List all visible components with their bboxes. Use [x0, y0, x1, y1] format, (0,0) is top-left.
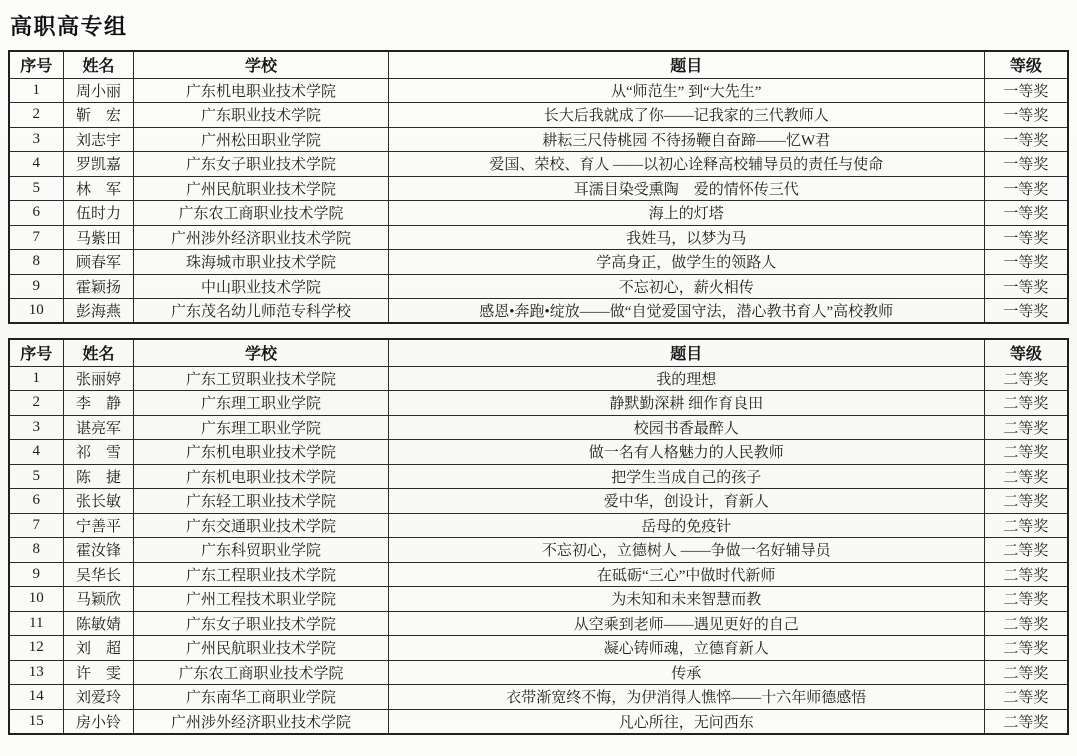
- cell-title: 长大后我就成了你——记我家的三代教师人: [388, 103, 984, 128]
- cell-school: 广州民航职业技术学院: [134, 636, 388, 661]
- cell-name: 靳 宏: [63, 103, 134, 128]
- cell-name: 罗凯嘉: [63, 152, 134, 177]
- table-row: 4祁 雪广东机电职业技术学院做一名有人格魅力的人民教师二等奖: [9, 440, 1068, 465]
- cell-school: 广东交通职业技术学院: [134, 513, 388, 538]
- cell-title: 爱中华，创设计，育新人: [388, 489, 984, 514]
- first-prize-table: 序号姓名学校题目等级 1周小丽广东机电职业技术学院从“师范生” 到“大先生”一等…: [8, 50, 1069, 324]
- cell-no: 13: [9, 660, 63, 685]
- cell-school: 广东职业技术学院: [134, 103, 388, 128]
- table-row: 1张丽婷广东工贸职业技术学院我的理想二等奖: [9, 366, 1068, 391]
- page-title: 高职高专组: [10, 10, 1077, 41]
- cell-award: 一等奖: [984, 274, 1068, 299]
- cell-title: 静默勤深耕 细作育良田: [388, 391, 984, 416]
- table-row: 5陈 捷广东机电职业技术学院把学生当成自己的孩子二等奖: [9, 464, 1068, 489]
- cell-no: 6: [9, 489, 63, 514]
- cell-name: 彭海燕: [63, 299, 134, 324]
- cell-school: 广东机电职业技术学院: [134, 440, 388, 465]
- table-row: 8霍汝锋广东科贸职业学院不忘初心，立德树人 ——争做一名好辅导员二等奖: [9, 538, 1068, 563]
- column-header-title: 题目: [388, 51, 984, 78]
- cell-award: 二等奖: [984, 464, 1068, 489]
- cell-award: 一等奖: [984, 299, 1068, 324]
- column-header-school: 学校: [134, 339, 388, 366]
- table-row: 10马颖欣广州工程技术职业学院为未知和未来智慧而教二等奖: [9, 587, 1068, 612]
- cell-name: 刘 超: [63, 636, 134, 661]
- cell-no: 1: [9, 78, 63, 103]
- second-prize-table: 序号姓名学校题目等级 1张丽婷广东工贸职业技术学院我的理想二等奖2李 静广东理工…: [8, 338, 1069, 735]
- table-row: 12刘 超广州民航职业技术学院凝心铸师魂，立德育新人二等奖: [9, 636, 1068, 661]
- column-header-no: 序号: [9, 339, 63, 366]
- cell-award: 二等奖: [984, 636, 1068, 661]
- cell-school: 珠海城市职业技术学院: [134, 250, 388, 275]
- table-row: 3刘志宇广州松田职业学院耕耘三尺侍桃园 不待扬鞭自奋蹄——忆W君一等奖: [9, 127, 1068, 152]
- cell-school: 广东理工职业学院: [134, 415, 388, 440]
- cell-no: 9: [9, 274, 63, 299]
- table-row: 4罗凯嘉广东女子职业技术学院爱国、荣校、育人 ——以初心诠释高校辅导员的责任与使…: [9, 152, 1068, 177]
- cell-name: 许 雯: [63, 660, 134, 685]
- cell-award: 二等奖: [984, 489, 1068, 514]
- cell-title: 岳母的免疫针: [388, 513, 984, 538]
- cell-name: 霍颖扬: [63, 274, 134, 299]
- cell-title: 衣带渐宽终不悔，为伊消得人憔悴——十六年师德感悟: [388, 685, 984, 710]
- cell-no: 3: [9, 415, 63, 440]
- table-row: 3谌亮军广东理工职业学院校园书香最醉人二等奖: [9, 415, 1068, 440]
- cell-school: 广东工程职业技术学院: [134, 562, 388, 587]
- cell-award: 二等奖: [984, 709, 1068, 734]
- cell-no: 5: [9, 464, 63, 489]
- table-row: 7宁善平广东交通职业技术学院岳母的免疫针二等奖: [9, 513, 1068, 538]
- cell-school: 广州松田职业学院: [134, 127, 388, 152]
- document-page: 高职高专组 序号姓名学校题目等级 1周小丽广东机电职业技术学院从“师范生” 到“…: [0, 0, 1077, 756]
- cell-title: 把学生当成自己的孩子: [388, 464, 984, 489]
- cell-no: 9: [9, 562, 63, 587]
- cell-title: 我姓马，以梦为马: [388, 225, 984, 250]
- cell-title: 从空乘到老师——遇见更好的自己: [388, 611, 984, 636]
- table-row: 6伍时力广东农工商职业技术学院海上的灯塔一等奖: [9, 201, 1068, 226]
- cell-school: 广东南华工商职业学院: [134, 685, 388, 710]
- cell-no: 4: [9, 440, 63, 465]
- column-header-name: 姓名: [63, 51, 134, 78]
- cell-award: 一等奖: [984, 103, 1068, 128]
- table-row: 8顾春军珠海城市职业技术学院学高身正，做学生的领路人一等奖: [9, 250, 1068, 275]
- cell-school: 广东女子职业技术学院: [134, 152, 388, 177]
- first-prize-table-body: 1周小丽广东机电职业技术学院从“师范生” 到“大先生”一等奖2靳 宏广东职业技术…: [9, 78, 1068, 323]
- cell-no: 10: [9, 299, 63, 324]
- cell-name: 林 军: [63, 176, 134, 201]
- cell-no: 10: [9, 587, 63, 612]
- table-row: 15房小铃广州涉外经济职业技术学院凡心所往，无问西东二等奖: [9, 709, 1068, 734]
- cell-title: 凝心铸师魂，立德育新人: [388, 636, 984, 661]
- second-prize-table-body: 1张丽婷广东工贸职业技术学院我的理想二等奖2李 静广东理工职业学院静默勤深耕 细…: [9, 366, 1068, 734]
- cell-no: 1: [9, 366, 63, 391]
- cell-no: 4: [9, 152, 63, 177]
- table-row: 14刘爱玲广东南华工商职业学院衣带渐宽终不悔，为伊消得人憔悴——十六年师德感悟二…: [9, 685, 1068, 710]
- table-row: 10彭海燕广东茂名幼儿师范专科学校感恩•奔跑•绽放——做“自觉爱国守法，潜心教书…: [9, 299, 1068, 324]
- cell-school: 广东农工商职业技术学院: [134, 660, 388, 685]
- cell-name: 陈 捷: [63, 464, 134, 489]
- cell-name: 谌亮军: [63, 415, 134, 440]
- cell-name: 张长敏: [63, 489, 134, 514]
- cell-no: 2: [9, 103, 63, 128]
- cell-no: 8: [9, 538, 63, 563]
- cell-award: 二等奖: [984, 366, 1068, 391]
- cell-award: 二等奖: [984, 587, 1068, 612]
- cell-school: 广东轻工职业技术学院: [134, 489, 388, 514]
- cell-award: 二等奖: [984, 513, 1068, 538]
- cell-no: 3: [9, 127, 63, 152]
- cell-title: 不忘初心，立德树人 ——争做一名好辅导员: [388, 538, 984, 563]
- cell-title: 爱国、荣校、育人 ——以初心诠释高校辅导员的责任与使命: [388, 152, 984, 177]
- cell-school: 广州涉外经济职业技术学院: [134, 225, 388, 250]
- table-row: 2靳 宏广东职业技术学院长大后我就成了你——记我家的三代教师人一等奖: [9, 103, 1068, 128]
- cell-school: 广东女子职业技术学院: [134, 611, 388, 636]
- cell-no: 12: [9, 636, 63, 661]
- cell-name: 房小铃: [63, 709, 134, 734]
- cell-no: 2: [9, 391, 63, 416]
- cell-title: 不忘初心，薪火相传: [388, 274, 984, 299]
- table-row: 9吴华长广东工程职业技术学院在砥砺“三心”中做时代新师二等奖: [9, 562, 1068, 587]
- header-row: 序号姓名学校题目等级: [9, 51, 1068, 78]
- table-row: 9霍颖扬中山职业技术学院不忘初心，薪火相传一等奖: [9, 274, 1068, 299]
- cell-name: 伍时力: [63, 201, 134, 226]
- cell-award: 一等奖: [984, 250, 1068, 275]
- cell-no: 5: [9, 176, 63, 201]
- cell-school: 广州工程技术职业学院: [134, 587, 388, 612]
- cell-name: 宁善平: [63, 513, 134, 538]
- column-header-name: 姓名: [63, 339, 134, 366]
- cell-no: 15: [9, 709, 63, 734]
- cell-name: 陈敏婧: [63, 611, 134, 636]
- header-row: 序号姓名学校题目等级: [9, 339, 1068, 366]
- cell-name: 祁 雪: [63, 440, 134, 465]
- cell-school: 广东科贸职业学院: [134, 538, 388, 563]
- table-row: 1周小丽广东机电职业技术学院从“师范生” 到“大先生”一等奖: [9, 78, 1068, 103]
- cell-no: 14: [9, 685, 63, 710]
- cell-no: 6: [9, 201, 63, 226]
- table-row: 7马紫田广州涉外经济职业技术学院我姓马，以梦为马一等奖: [9, 225, 1068, 250]
- table-row: 6张长敏广东轻工职业技术学院爱中华，创设计，育新人二等奖: [9, 489, 1068, 514]
- cell-title: 海上的灯塔: [388, 201, 984, 226]
- cell-name: 周小丽: [63, 78, 134, 103]
- cell-no: 8: [9, 250, 63, 275]
- cell-school: 中山职业技术学院: [134, 274, 388, 299]
- cell-name: 马紫田: [63, 225, 134, 250]
- cell-name: 马颖欣: [63, 587, 134, 612]
- cell-title: 我的理想: [388, 366, 984, 391]
- column-header-title: 题目: [388, 339, 984, 366]
- cell-school: 广东机电职业技术学院: [134, 464, 388, 489]
- cell-award: 二等奖: [984, 611, 1068, 636]
- cell-school: 广州涉外经济职业技术学院: [134, 709, 388, 734]
- cell-no: 11: [9, 611, 63, 636]
- cell-award: 二等奖: [984, 685, 1068, 710]
- cell-award: 二等奖: [984, 440, 1068, 465]
- cell-award: 一等奖: [984, 176, 1068, 201]
- cell-award: 一等奖: [984, 225, 1068, 250]
- cell-school: 广东工贸职业技术学院: [134, 366, 388, 391]
- column-header-award: 等级: [984, 51, 1068, 78]
- cell-award: 二等奖: [984, 538, 1068, 563]
- cell-award: 二等奖: [984, 415, 1068, 440]
- table-row: 5林 军广州民航职业技术学院耳濡目染受熏陶 爱的情怀传三代一等奖: [9, 176, 1068, 201]
- cell-title: 在砥砺“三心”中做时代新师: [388, 562, 984, 587]
- column-header-school: 学校: [134, 51, 388, 78]
- cell-title: 校园书香最醉人: [388, 415, 984, 440]
- cell-title: 学高身正，做学生的领路人: [388, 250, 984, 275]
- table-row: 11陈敏婧广东女子职业技术学院从空乘到老师——遇见更好的自己二等奖: [9, 611, 1068, 636]
- column-header-award: 等级: [984, 339, 1068, 366]
- cell-name: 吴华长: [63, 562, 134, 587]
- cell-title: 为未知和未来智慧而教: [388, 587, 984, 612]
- cell-school: 广东茂名幼儿师范专科学校: [134, 299, 388, 324]
- cell-award: 二等奖: [984, 660, 1068, 685]
- cell-no: 7: [9, 513, 63, 538]
- cell-name: 张丽婷: [63, 366, 134, 391]
- cell-title: 凡心所往，无问西东: [388, 709, 984, 734]
- cell-title: 感恩•奔跑•绽放——做“自觉爱国守法，潜心教书育人”高校教师: [388, 299, 984, 324]
- cell-title: 耳濡目染受熏陶 爱的情怀传三代: [388, 176, 984, 201]
- table-row: 13许 雯广东农工商职业技术学院传承二等奖: [9, 660, 1068, 685]
- cell-title: 耕耘三尺侍桃园 不待扬鞭自奋蹄——忆W君: [388, 127, 984, 152]
- cell-name: 霍汝锋: [63, 538, 134, 563]
- second-prize-table-header: 序号姓名学校题目等级: [9, 339, 1068, 366]
- cell-school: 广东理工职业学院: [134, 391, 388, 416]
- cell-title: 从“师范生” 到“大先生”: [388, 78, 984, 103]
- cell-name: 李 静: [63, 391, 134, 416]
- cell-school: 广东农工商职业技术学院: [134, 201, 388, 226]
- cell-school: 广州民航职业技术学院: [134, 176, 388, 201]
- cell-award: 一等奖: [984, 78, 1068, 103]
- cell-award: 二等奖: [984, 391, 1068, 416]
- cell-title: 做一名有人格魅力的人民教师: [388, 440, 984, 465]
- cell-name: 顾春军: [63, 250, 134, 275]
- first-prize-table-header: 序号姓名学校题目等级: [9, 51, 1068, 78]
- cell-name: 刘爱玲: [63, 685, 134, 710]
- cell-school: 广东机电职业技术学院: [134, 78, 388, 103]
- cell-award: 二等奖: [984, 562, 1068, 587]
- table-row: 2李 静广东理工职业学院静默勤深耕 细作育良田二等奖: [9, 391, 1068, 416]
- cell-award: 一等奖: [984, 152, 1068, 177]
- cell-title: 传承: [388, 660, 984, 685]
- cell-award: 一等奖: [984, 127, 1068, 152]
- cell-no: 7: [9, 225, 63, 250]
- column-header-no: 序号: [9, 51, 63, 78]
- cell-name: 刘志宇: [63, 127, 134, 152]
- cell-award: 一等奖: [984, 201, 1068, 226]
